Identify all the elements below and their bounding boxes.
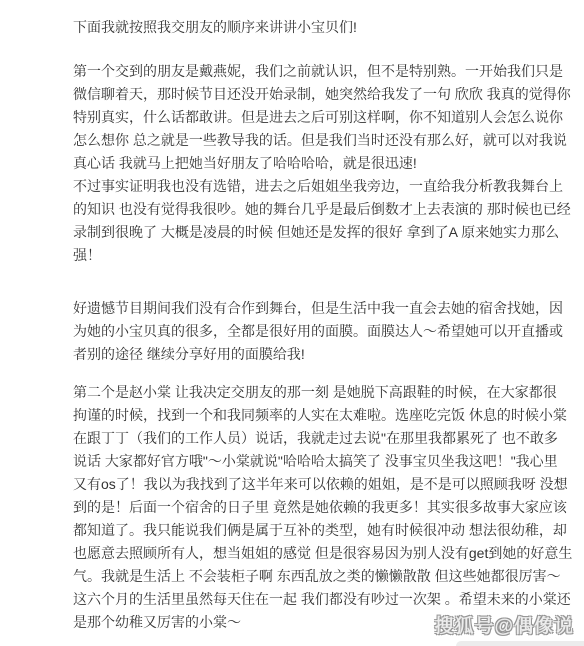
article-body: 下面我就按照我交朋友的顺序来讲讲小宝贝们! 第一个交到的朋友是戴燕妮，我们之前就… bbox=[73, 16, 573, 634]
article-paragraph-friend1: 第一个交到的朋友是戴燕妮，我们之前就认识，但不是特别熟。一开始我们只是 微信聊着… bbox=[73, 60, 573, 267]
article-paragraph-friend2: 第二个是赵小棠 让我决定交朋友的那一刻 是她脱下高跟鞋的时候，在大家都很 拘谨的… bbox=[73, 381, 573, 634]
bottom-right-card-corner bbox=[456, 641, 584, 646]
article-paragraph-friend1-regret: 好遗憾节目期间我们没有合作到舞台，但是生活中我一直会去她的宿舍找她，因 为她的小… bbox=[73, 297, 573, 366]
article-paragraph-intro: 下面我就按照我交朋友的顺序来讲讲小宝贝们! bbox=[73, 16, 573, 39]
sohu-watermark: 搜狐号@偶像说 bbox=[434, 611, 574, 638]
